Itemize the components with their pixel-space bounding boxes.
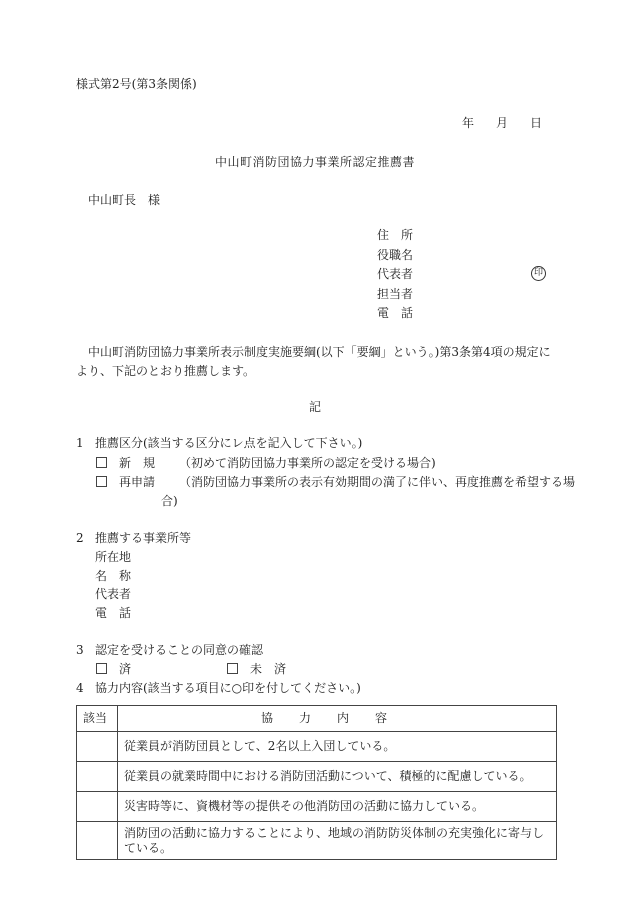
option-new-description: （初めて消防団協力事業所の認定を受ける場合) (179, 456, 436, 470)
body-text: 中山町消防団協力事業所表示制度実施要綱(以下「要綱」という。)第3条第4項の規定… (76, 343, 556, 381)
option-new-label: 新 規 (119, 456, 179, 470)
table-header-row: 該当 協力内容 (77, 706, 557, 732)
section4-title: 協力内容(該当する項目に○印を付してください。) (95, 681, 361, 695)
table-row: 従業員が消防団員として、2名以上入団している。 (77, 732, 557, 762)
applicant-phone-label: 電 話 (377, 306, 413, 326)
option-reapply-description: （消防団協力事業所の表示有効期間の満了に伴い、再度推薦を希望する場 (179, 475, 575, 489)
section3-number: 3 (76, 643, 95, 657)
section2-heading: 2推薦する事業所等 (76, 531, 191, 545)
section1-title: 推薦区分(該当する区分にレ点を記入して下さい。) (95, 436, 362, 450)
business-representative-label: 代表者 (95, 587, 131, 601)
business-name-label: 名 称 (95, 569, 131, 583)
header-content: 協力内容 (118, 706, 557, 732)
checkbox-consent-not-done[interactable] (227, 663, 238, 674)
checkbox-new[interactable] (96, 457, 107, 468)
applicant-contact-person-label: 担当者 (377, 287, 413, 307)
section1-heading: 1推薦区分(該当する区分にレ点を記入して下さい。) (76, 436, 362, 450)
date-year-label: 年 (462, 116, 474, 130)
table-row: 従業員の就業時間中における消防団活動について、積極的に配慮している。 (77, 762, 557, 792)
date-month-label: 月 (496, 116, 508, 130)
addressee-honorific: 様 (148, 193, 160, 207)
applicable-cell[interactable] (77, 732, 118, 762)
document-title: 中山町消防団協力事業所認定推薦書 (0, 155, 630, 169)
section4-heading: 4協力内容(該当する項目に○印を付してください。) (76, 681, 361, 695)
applicant-block: 住 所 役職名 代表者 担当者 電 話 (377, 228, 413, 326)
option-reapply-label: 再申請 (119, 475, 179, 489)
section4-number: 4 (76, 681, 95, 695)
section2-number: 2 (76, 531, 95, 545)
section3-heading: 3認定を受けることの同意の確認 (76, 643, 263, 657)
option-reapply-description-cont: 合) (161, 494, 178, 508)
section3-title: 認定を受けることの同意の確認 (95, 643, 263, 657)
section2-title: 推薦する事業所等 (95, 531, 191, 545)
applicable-cell[interactable] (77, 792, 118, 822)
table-row: 消防団の活動に協力することにより、地域の消防防災体制の充実強化に寄与している。 (77, 822, 557, 860)
section1-number: 1 (76, 436, 95, 450)
option-consent-done-label: 済 (119, 662, 131, 676)
option-consent-done[interactable]: 済 (96, 662, 131, 676)
form-number: 様式第2号(第3条関係) (76, 77, 197, 91)
header-applicable: 該当 (77, 706, 118, 732)
applicant-representative-label: 代表者 (377, 267, 413, 287)
content-cell: 消防団の活動に協力することにより、地域の消防防災体制の充実強化に寄与している。 (118, 822, 557, 860)
addressee-name: 中山町長 (88, 193, 136, 207)
content-cell: 従業員の就業時間中における消防団活動について、積極的に配慮している。 (118, 762, 557, 792)
checkbox-reapply[interactable] (96, 476, 107, 487)
applicable-cell[interactable] (77, 762, 118, 792)
cooperation-table: 該当 協力内容 従業員が消防団員として、2名以上入団している。 従業員の就業時間… (76, 705, 557, 860)
addressee: 中山町長様 (88, 193, 160, 207)
body-paragraph: 中山町消防団協力事業所表示制度実施要綱(以下「要綱」という。)第3条第4項の規定… (76, 343, 556, 381)
table-row: 災害時等に、資機材等の提供その他消防団の活動に協力している。 (77, 792, 557, 822)
business-phone-label: 電 話 (95, 606, 131, 620)
date-line: 年月日 (462, 116, 542, 130)
date-day-label: 日 (530, 116, 542, 130)
applicable-cell[interactable] (77, 822, 118, 860)
option-consent-not-done-label: 未 済 (250, 662, 286, 676)
business-location-label: 所在地 (95, 550, 131, 564)
applicant-address-label: 住 所 (377, 228, 413, 248)
option-consent-not-done[interactable]: 未 済 (227, 662, 286, 676)
checkbox-consent-done[interactable] (96, 663, 107, 674)
option-reapply[interactable]: 再申請（消防団協力事業所の表示有効期間の満了に伴い、再度推薦を希望する場 (96, 475, 575, 489)
option-new[interactable]: 新 規（初めて消防団協力事業所の認定を受ける場合) (96, 456, 436, 470)
content-cell: 災害時等に、資機材等の提供その他消防団の活動に協力している。 (118, 792, 557, 822)
ki-heading: 記 (0, 400, 630, 414)
seal-icon: 印 (531, 266, 546, 281)
applicant-position-label: 役職名 (377, 248, 413, 268)
content-cell: 従業員が消防団員として、2名以上入団している。 (118, 732, 557, 762)
